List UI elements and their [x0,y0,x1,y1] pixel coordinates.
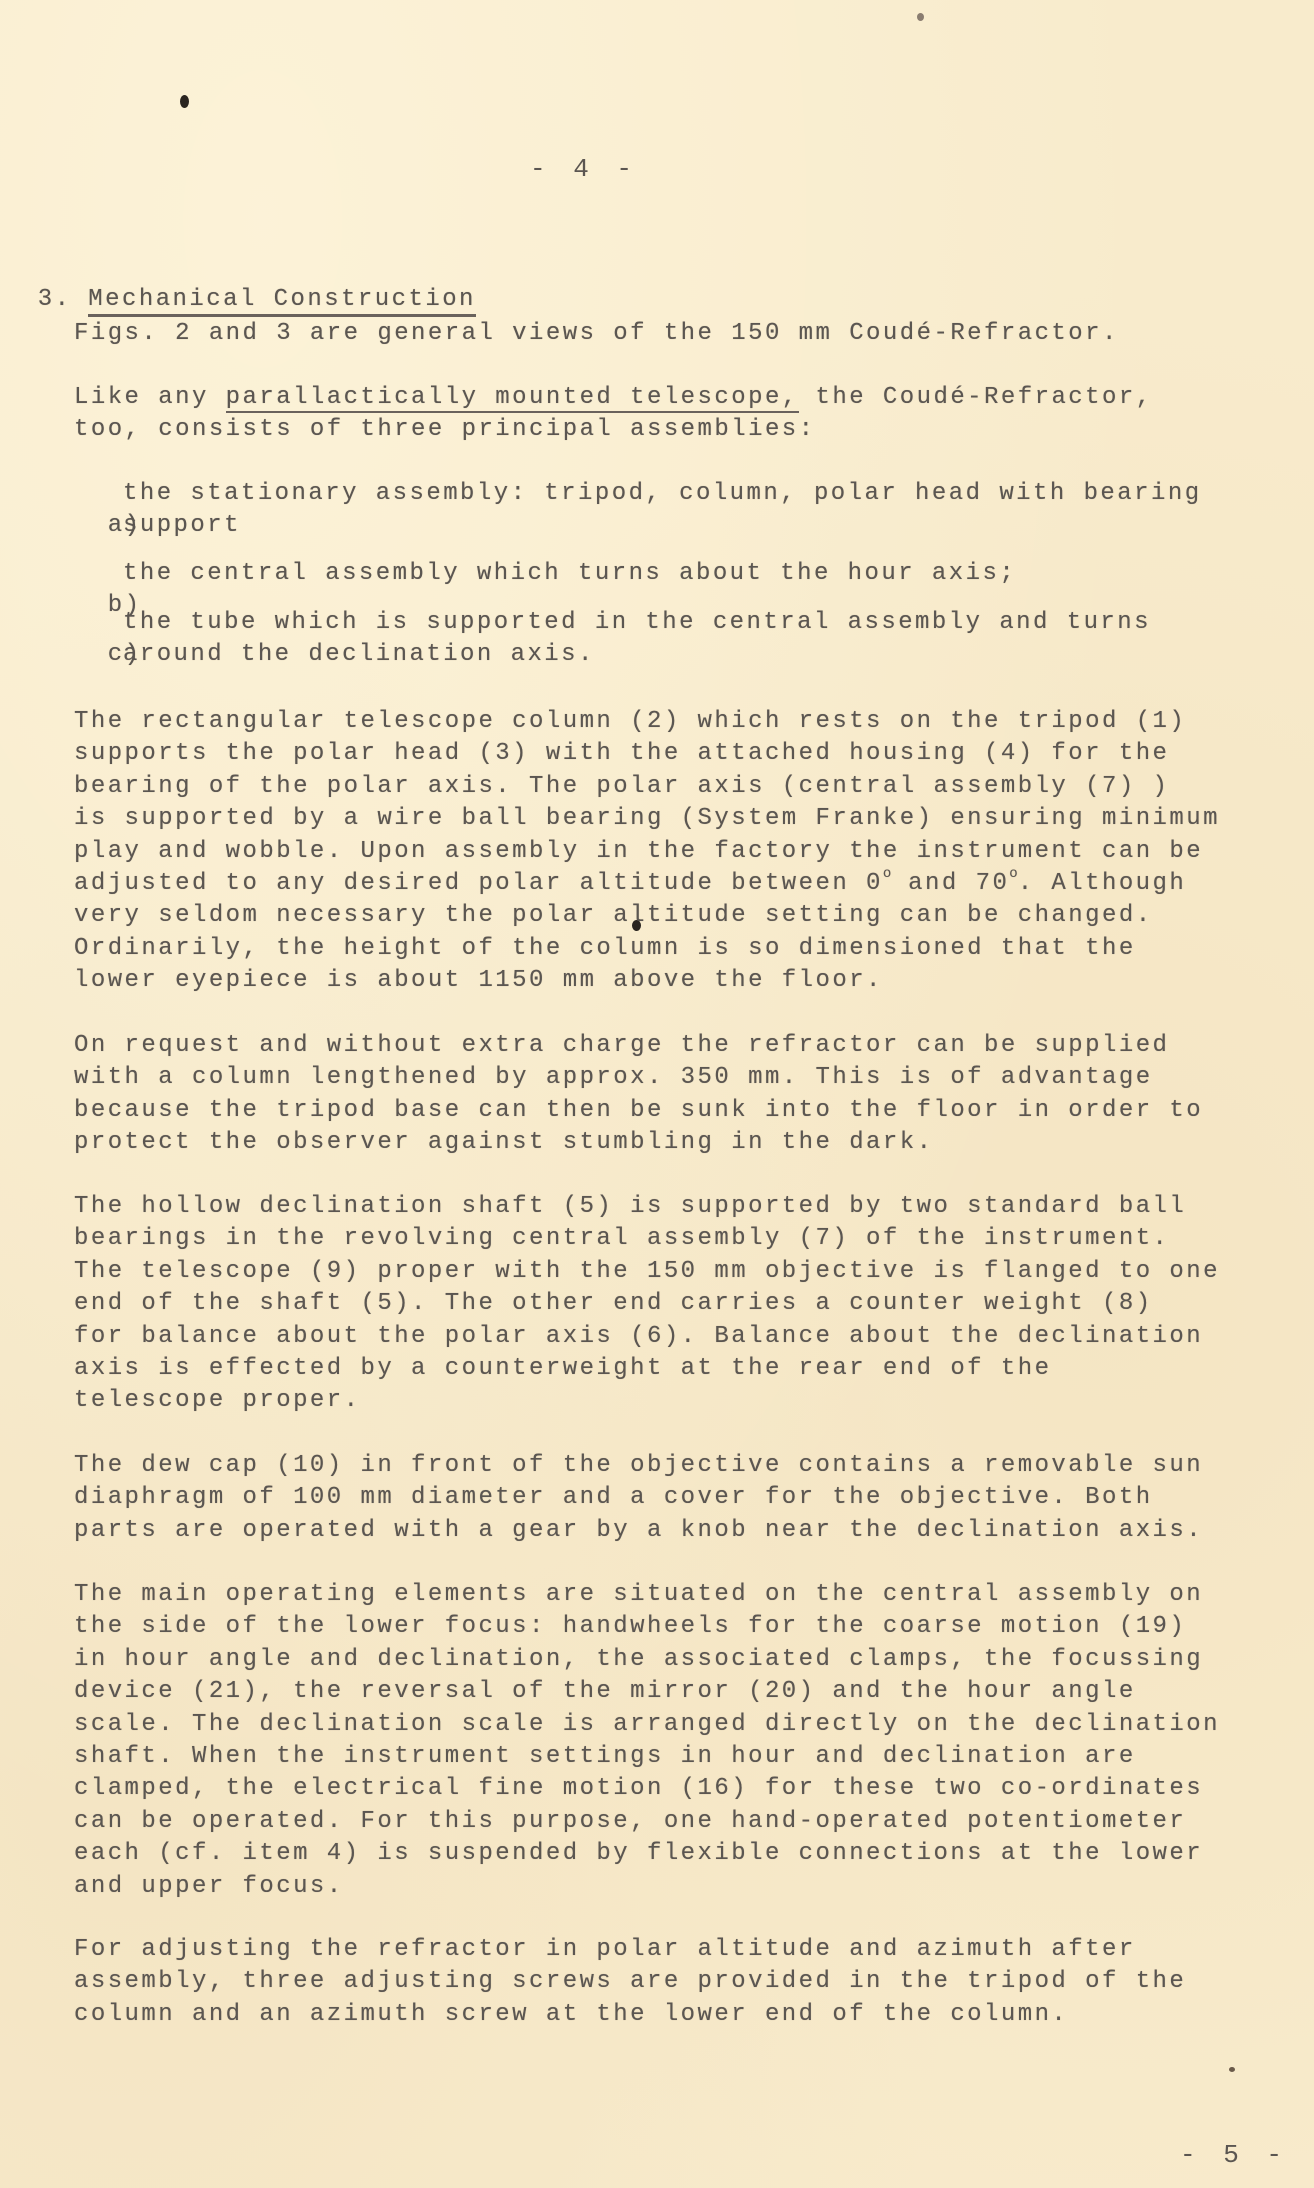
list-line: the central assembly which turns about t… [123,558,1016,590]
line: very seldom necessary the polar altitude… [74,900,1220,932]
degree-mark: o [1009,866,1017,882]
line: shaft. When the instrument settings in h… [74,1741,1220,1773]
line: The hollow declination shaft (5) is supp… [74,1191,1220,1223]
line: axis is effected by a counterweight at t… [74,1353,1220,1385]
underlined-phrase: parallactically mounted telescope, [226,384,799,413]
list-line: the tube which is supported in the centr… [123,607,1151,639]
line: because the tripod base can then be sunk… [74,1095,1203,1127]
line: On request and without extra charge the … [74,1030,1203,1062]
line: adjusted to any desired polar altitude b… [74,868,1220,900]
text: . Although [1018,870,1187,897]
section-number: 3. [38,286,72,313]
list-item-c: c) the tube which is supported in the ce… [74,607,141,704]
line: in hour angle and declination, the assoc… [74,1644,1220,1676]
paragraph-figs: Figs. 2 and 3 are general views of the 1… [74,318,1119,350]
line: parts are operated with a gear by a knob… [74,1515,1203,1547]
list-line: around the declination axis. [123,639,1151,671]
section-heading: 3. Mechanical Construction [4,252,476,317]
text: and 70 [891,870,1009,897]
ink-spot [180,95,189,108]
line: play and wobble. Upon assembly in the fa… [74,836,1220,868]
line: each (cf. item 4) is suspended by flexib… [74,1838,1220,1870]
line: the side of the lower focus: handwheels … [74,1611,1220,1643]
page-number-header: - 4 - [530,154,638,184]
line: and upper focus. [74,1871,1220,1903]
line: diaphragm of 100 mm diameter and a cover… [74,1482,1203,1514]
line: end of the shaft (5). The other end carr… [74,1288,1220,1320]
line: protect the observer against stumbling i… [74,1127,1203,1159]
line: device (21), the reversal of the mirror … [74,1676,1220,1708]
line: is supported by a wire ball bearing (Sys… [74,803,1220,835]
line: For adjusting the refractor in polar alt… [74,1934,1186,1966]
line: for balance about the polar axis (6). Ba… [74,1321,1220,1353]
paragraph-operating: The main operating elements are situated… [74,1579,1220,1903]
line: assembly, three adjusting screws are pro… [74,1966,1186,1998]
text: the Coudé-Refractor, [799,384,1153,411]
line: The telescope (9) proper with the 150 mm… [74,1256,1220,1288]
line: lower eyepiece is about 1150 mm above th… [74,965,1220,997]
text: adjusted to any desired polar altitude b… [74,870,883,897]
line: Ordinarily, the height of the column is … [74,933,1220,965]
list-line: support [123,510,1202,542]
ink-spot [917,13,924,21]
line: can be operated. For this purpose, one h… [74,1806,1220,1838]
line: supports the polar head (3) with the att… [74,738,1220,770]
text: Like any [74,384,226,411]
line: The main operating elements are situated… [74,1579,1220,1611]
list-line: the stationary assembly: tripod, column,… [123,478,1202,510]
text: too, consists of three principal assembl… [74,416,816,443]
line: telescope proper. [74,1385,1220,1417]
paragraph-assemblies: Like any parallactically mounted telesco… [74,382,1153,447]
line: bearing of the polar axis. The polar axi… [74,771,1220,803]
paragraph-dewcap: The dew cap (10) in front of the objecti… [74,1450,1203,1547]
line: with a column lengthened by approx. 350 … [74,1062,1203,1094]
line: scale. The declination scale is arranged… [74,1709,1220,1741]
line: clamped, the electrical fine motion (16)… [74,1773,1220,1805]
paragraph-column: The rectangular telescope column (2) whi… [74,706,1220,998]
section-title: Mechanical Construction [88,286,476,317]
paragraph-shaft: The hollow declination shaft (5) is supp… [74,1191,1220,1418]
paragraph-adjusting: For adjusting the refractor in polar alt… [74,1934,1186,2031]
line: bearings in the revolving central assemb… [74,1223,1220,1255]
line: column and an azimuth screw at the lower… [74,1999,1186,2031]
page-number-footer: - 5 - [1180,2140,1288,2170]
paragraph-request: On request and without extra charge the … [74,1030,1203,1160]
line: The dew cap (10) in front of the objecti… [74,1450,1203,1482]
ink-spot [1229,2067,1235,2072]
line: The rectangular telescope column (2) whi… [74,706,1220,738]
